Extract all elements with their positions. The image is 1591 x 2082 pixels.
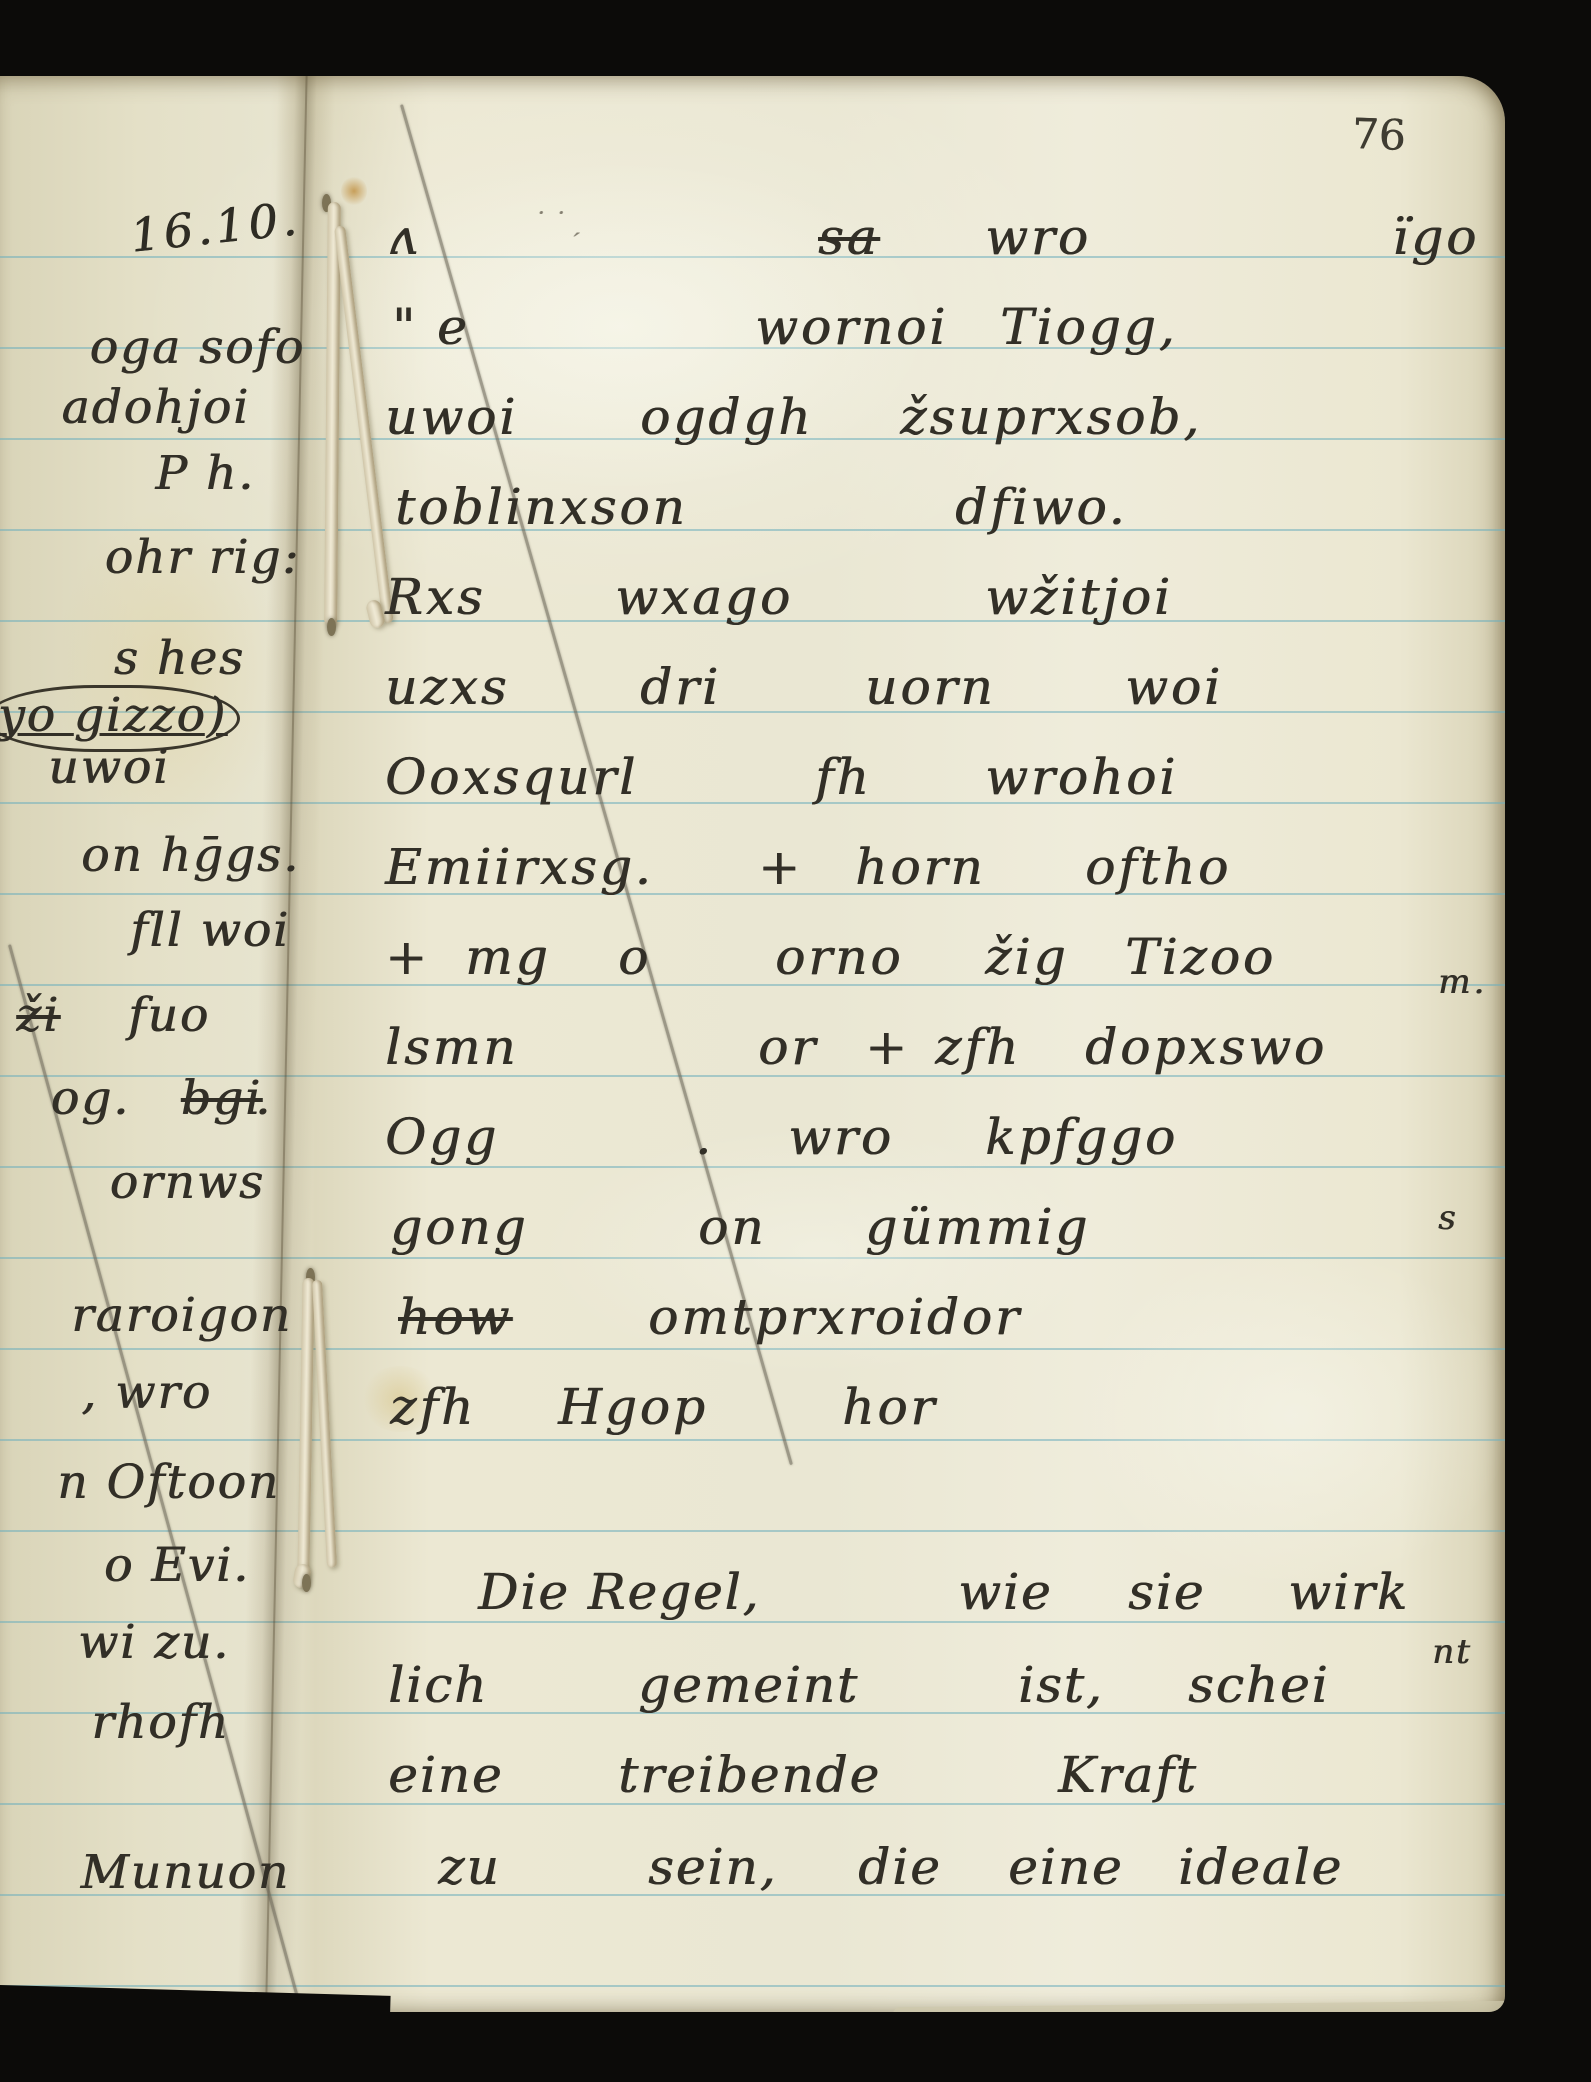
handwritten-line: zfhHgophor: [0, 1378, 1505, 1448]
handwriting-segment: žig: [985, 928, 1068, 986]
handwritten-line: Die Regel,wiesiewirk: [0, 1563, 1505, 1633]
handwriting-segment: on: [698, 1198, 766, 1256]
handwriting-segment: Ogg: [385, 1108, 499, 1166]
handwriting-segment: how: [398, 1288, 512, 1346]
handwritten-line: Ooxsqurlfhwrohoi: [0, 748, 1505, 818]
handwriting-segment: dfiwo.: [955, 478, 1127, 536]
page-number: 76: [1351, 109, 1406, 160]
handwriting-segment: Tizoo: [1125, 928, 1276, 986]
handwriting-segment: nt: [1432, 1632, 1472, 1672]
handwriting-segment: " e: [392, 298, 469, 356]
handwriting-segment: Kraft: [1058, 1746, 1198, 1804]
handwritten-line: ʌ˙˙ˏsawroïgo: [0, 208, 1505, 278]
handwriting-segment: lich: [388, 1656, 488, 1714]
handwriting-segment: toblinxson: [395, 478, 688, 536]
handwriting-segment: hor: [842, 1378, 937, 1436]
handwriting-segment: dopxswo: [1085, 1018, 1327, 1076]
handwritten-line: uzxsdriuornwoi: [0, 658, 1505, 728]
handwriting-segment: eine: [1008, 1838, 1123, 1896]
handwriting-segment: .: [695, 1108, 714, 1166]
handwriting-segment: gümmig: [865, 1198, 1090, 1256]
handwriting-segment: ideale: [1178, 1838, 1343, 1896]
handwriting-segment: Rxs: [385, 568, 486, 626]
handwriting-segment: die: [858, 1838, 942, 1896]
handwritten-line: n Oftoon: [0, 1455, 1505, 1525]
handwritten-line: howomtprxroidor: [0, 1288, 1505, 1358]
handwriting-segment: treibende: [618, 1746, 881, 1804]
handwritten-line: gongongümmigs: [0, 1198, 1505, 1268]
handwriting-segment: dri: [640, 658, 721, 716]
handwriting-segment: wro: [788, 1108, 894, 1166]
handwriting-segment: zu: [438, 1838, 501, 1896]
handwriting-segment: o: [618, 928, 651, 986]
handwriting-segment: woi: [1125, 658, 1223, 716]
handwriting-segment: n Oftoon: [57, 1455, 280, 1510]
handwriting-segment: lsmn: [385, 1018, 518, 1076]
handwriting-segment: schei: [1188, 1656, 1329, 1714]
handwriting-segment: uzxs: [385, 658, 509, 716]
handwritten-line: Ogg.wrokpfggo: [0, 1108, 1505, 1178]
handwriting-segment: wžitjoi: [985, 568, 1173, 626]
handwritten-line: uwoiogdghžsuprxsob,: [0, 388, 1505, 458]
handwritten-line: einetreibendeKraft: [0, 1746, 1505, 1816]
handwriting-segment: wro: [985, 208, 1091, 266]
handwriting-segment: wrohoi: [985, 748, 1178, 806]
handwriting-segment: uorn: [865, 658, 995, 716]
notebook-page-spread: 76 16.10. oga sofoadohjoiP h.ohr rig:s h…: [0, 76, 1505, 2012]
handwriting-segment: Die Regel,: [478, 1563, 760, 1621]
handwriting-segment: m.: [1438, 962, 1487, 1002]
handwriting-segment: oftho: [1085, 838, 1231, 896]
handwriting-segment: sein,: [648, 1838, 777, 1896]
handwriting-segment: +: [385, 928, 430, 986]
handwritten-line: Rxswxagowžitjoi: [0, 568, 1505, 638]
scan-background: 76 16.10. oga sofoadohjoiP h.ohr rig:s h…: [0, 0, 1591, 2082]
handwriting-segment: s: [1438, 1198, 1458, 1238]
handwriting-segment: ˙˙ˏ: [532, 208, 588, 238]
handwritten-line: toblinxsondfiwo.: [0, 478, 1505, 548]
handwriting-segment: zfh: [390, 1378, 476, 1436]
handwriting-segment: wxago: [615, 568, 793, 626]
handwriting-segment: ʌ: [388, 208, 419, 266]
handwritten-line: lsmnor+zfhdopxswo: [0, 1018, 1505, 1088]
handwriting-segment: wie: [958, 1563, 1052, 1621]
handwriting-segment: Ooxsqurl: [385, 748, 638, 806]
handwriting-segment: +: [865, 1018, 910, 1076]
handwriting-segment: fh: [815, 748, 872, 806]
handwriting-segment: Tiogg,: [1000, 298, 1177, 356]
handwriting-segment: žsuprxsob,: [900, 388, 1202, 446]
handwriting-segment: Hgop: [558, 1378, 708, 1436]
handwriting-segment: or: [758, 1018, 818, 1076]
handwriting-segment: ogdgh: [640, 388, 813, 446]
handwriting-segment: gemeint: [638, 1656, 859, 1714]
handwriting-segment: wornoi: [755, 298, 948, 356]
handwritten-line: +mgoornožigTizoom.: [0, 928, 1505, 998]
handwriting-segment: Emiirxsg.: [385, 838, 654, 896]
handwriting-segment: zfh: [935, 1018, 1021, 1076]
handwriting-segment: ist,: [1018, 1656, 1104, 1714]
handwritten-line: Emiirxsg.+hornoftho: [0, 838, 1505, 908]
handwriting-segment: eine: [388, 1746, 503, 1804]
handwriting-segment: mg: [465, 928, 550, 986]
handwriting-segment: kpfggo: [985, 1108, 1178, 1166]
handwriting-segment: horn: [855, 838, 985, 896]
handwriting-segment: sa: [818, 208, 879, 266]
handwriting-segment: +: [758, 838, 803, 896]
handwriting-segment: sie: [1128, 1563, 1205, 1621]
stain: [341, 176, 367, 206]
handwriting-segment: gong: [390, 1198, 528, 1256]
handwriting-segment: omtprxroidor: [648, 1288, 1022, 1346]
handwriting-segment: uwoi: [385, 388, 518, 446]
handwritten-line: lichgemeintist,scheint: [0, 1656, 1505, 1726]
handwriting-segment: orno: [775, 928, 903, 986]
handwriting-segment: ïgo: [1392, 208, 1479, 266]
handwritten-line: " ewornoiTiogg,: [0, 298, 1505, 368]
handwritten-line: zusein,dieeineideale: [0, 1838, 1505, 1908]
handwriting-segment: wirk: [1288, 1563, 1409, 1621]
